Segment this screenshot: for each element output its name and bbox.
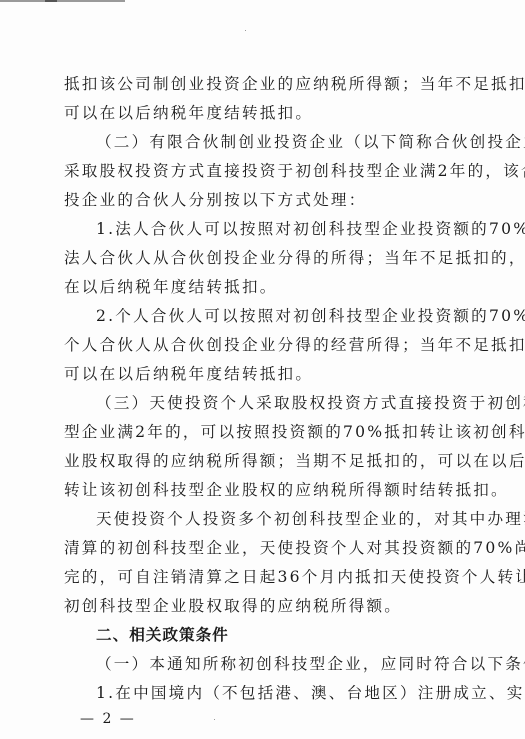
text-line: 可以在以后纳税年度结转抵扣。 (64, 102, 464, 124)
text-line: 可以在以后纳税年度结转抵扣。 (64, 363, 464, 385)
text-line: 业股权取得的应纳税所得额；当期不足抵扣的，可以在以后取得 (64, 450, 464, 472)
list-item-2: 2.个人合伙人可以按照对初创科技型企业投资额的70%抵扣 (96, 305, 464, 327)
text-line: 完的，可自注销清算之日起36个月内抵扣天使投资个人转让其他 (64, 566, 464, 588)
text-line: 抵扣该公司制创业投资企业的应纳税所得额；当年不足抵扣的， (64, 73, 464, 95)
subsection-heading: （一）本通知所称初创科技型企业，应同时符合以下条件： (96, 653, 464, 675)
section-title: 二、相关政策条件 (96, 624, 464, 646)
text-line: 转让该初创科技型企业股权的应纳税所得额时结转抵扣。 (64, 479, 464, 501)
text-line: 个人合伙人从合伙创投企业分得的经营所得；当年不足抵扣的， (64, 334, 464, 356)
text-line: 法人合伙人从合伙创投企业分得的所得；当年不足抵扣的，可以 (64, 247, 464, 269)
text-line: 在以后纳税年度结转抵扣。 (64, 276, 464, 298)
section-heading-3: （三）天使投资个人采取股权投资方式直接投资于初创科技 (96, 392, 464, 414)
list-item-1: 1.法人合伙人可以按照对初创科技型企业投资额的70%抵扣 (96, 218, 464, 240)
text-line: 初创科技型企业股权取得的应纳税所得额。 (64, 595, 464, 617)
scan-speck (245, 30, 246, 31)
text-line: 清算的初创科技型企业，天使投资个人对其投资额的70%尚未抵扣 (64, 537, 464, 559)
scan-speck (214, 719, 215, 720)
text-line: 型企业满2年的，可以按照投资额的70%抵扣转让该初创科技型企 (64, 421, 464, 443)
text-line: 投企业的合伙人分别按以下方式处理： (64, 189, 464, 211)
list-item-1: 1.在中国境内（不包括港、澳、台地区）注册成立、实行查 (96, 682, 464, 704)
section-heading-2: （二）有限合伙制创业投资企业（以下简称合伙创投企业） (96, 131, 464, 153)
page-number: — 2 — (80, 711, 136, 727)
scan-edge-mark-dark (45, 0, 57, 2)
paragraph-start: 天使投资个人投资多个初创科技型企业的，对其中办理注销 (96, 508, 464, 530)
text-line: 采取股权投资方式直接投资于初创科技型企业满2年的，该合伙创 (64, 160, 464, 182)
scan-edge-mark (0, 0, 125, 2)
